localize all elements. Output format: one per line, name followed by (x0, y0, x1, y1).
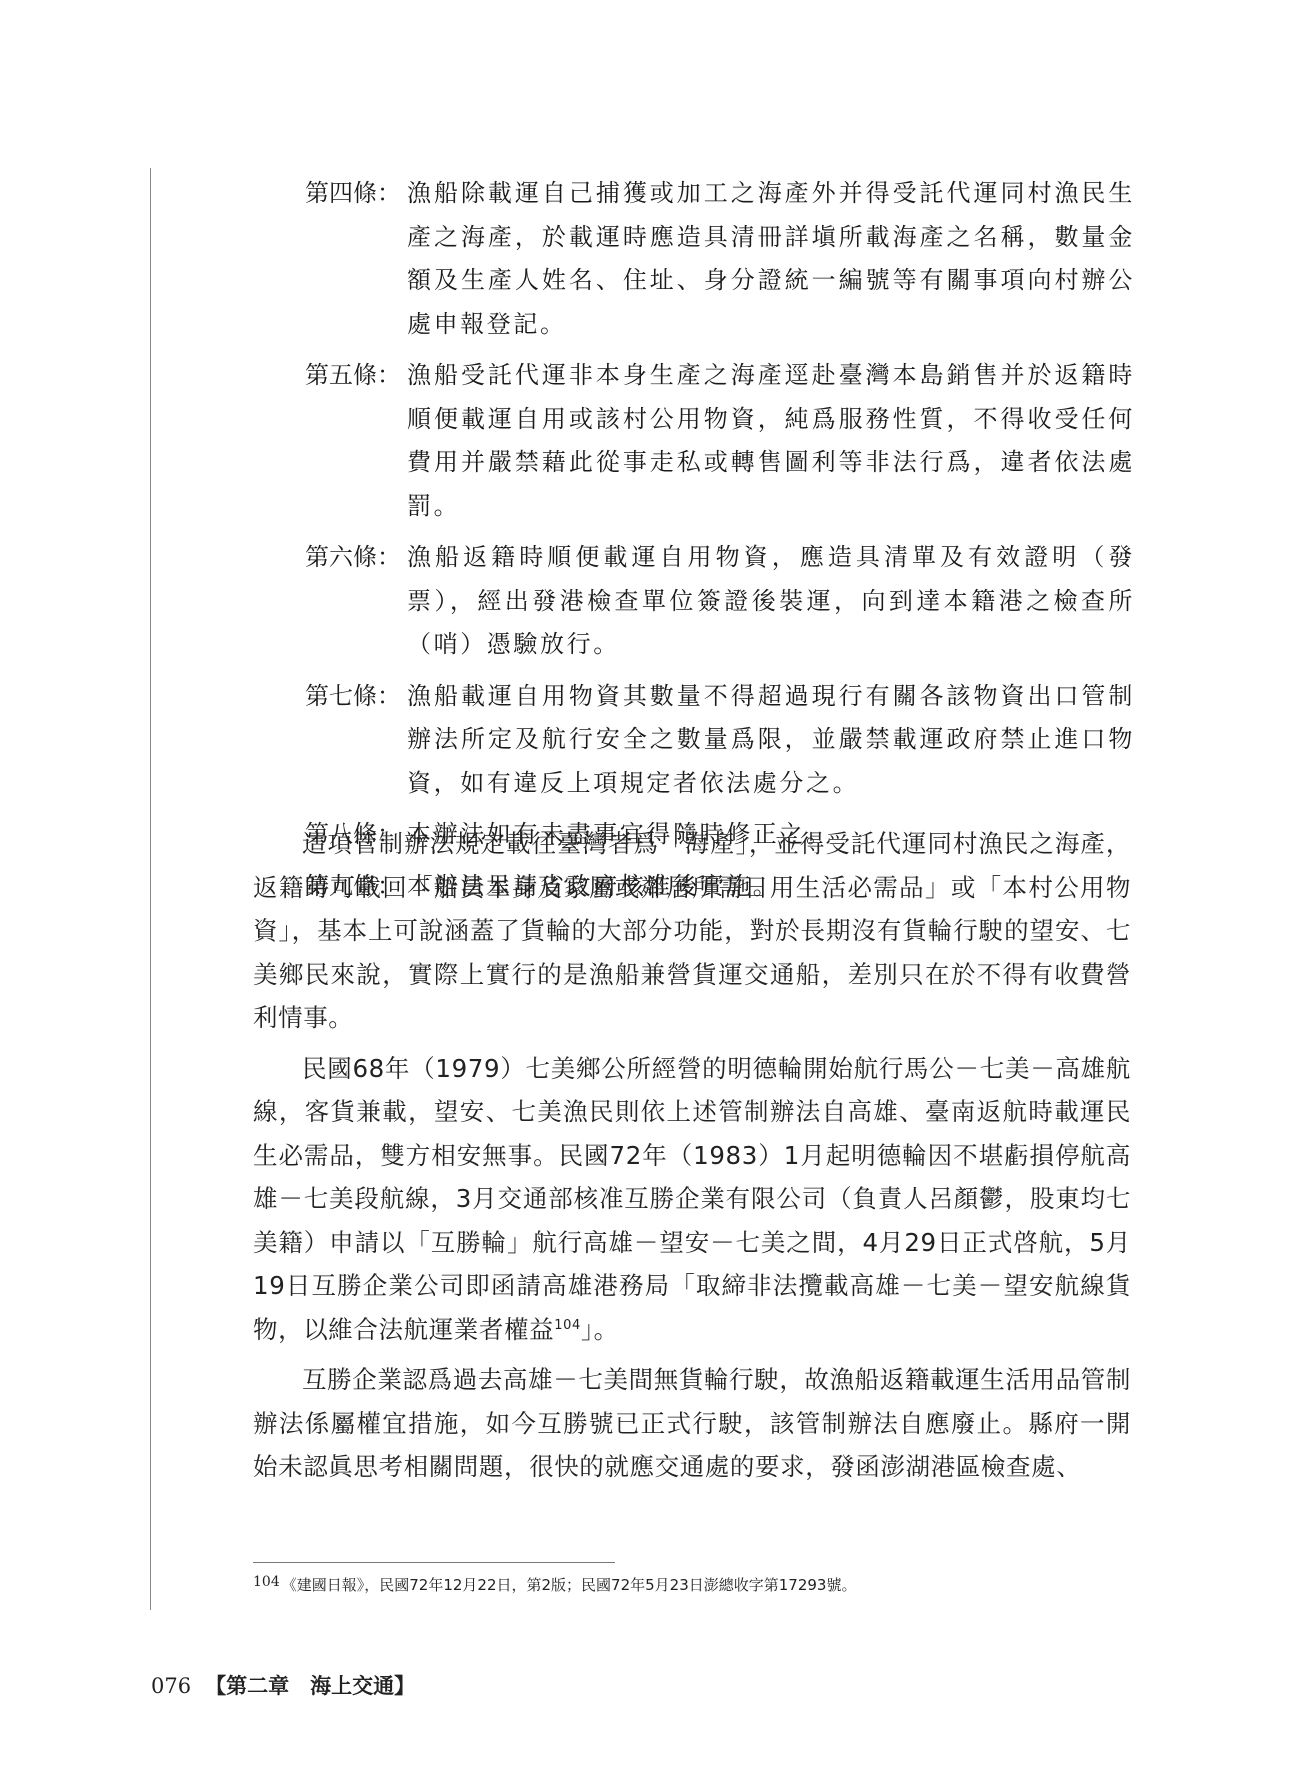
footnote: 104《建國日報》，民國72年12月22日，第2版；民國72年5月23日澎總收字… (253, 1574, 856, 1595)
chapter-title: 【第二章 海上交通】 (205, 1673, 415, 1698)
footnote-separator (253, 1562, 615, 1563)
article-label: 第四條： (305, 172, 407, 346)
article-5: 第五條： 漁船受託代運非本身生產之海產逕赴臺灣本島銷售并於返籍時順便載運自用或該… (305, 354, 1135, 528)
article-label: 第六條： (305, 536, 407, 667)
article-text: 漁船受託代運非本身生產之海產逕赴臺灣本島銷售并於返籍時順便載運自用或該村公用物資… (407, 354, 1135, 528)
article-text: 漁船返籍時順便載運自用物資，應造具清單及有效證明（發票），經出發港檢查單位簽證後… (407, 536, 1135, 667)
article-label: 第五條： (305, 354, 407, 528)
article-text: 漁船除載運自己捕獲或加工之海產外并得受託代運同村漁民生產之海產，於載運時應造具清… (407, 172, 1135, 346)
footnote-number: 104 (253, 1574, 280, 1590)
paragraph: 互勝企業認爲過去高雄－七美間無貨輪行駛，故漁船返籍載運生活用品管制辦法係屬權宜措… (253, 1358, 1131, 1489)
article-label: 第七條： (305, 675, 407, 806)
footnote-reference[interactable]: 104 (554, 1318, 581, 1333)
page-number: 076 (151, 1674, 191, 1698)
paragraph-text: 互勝企業認爲過去高雄－七美間無貨輪行駛，故漁船返籍載運生活用品管制辦法係屬權宜措… (253, 1365, 1131, 1481)
paragraph: 民國68年（1979）七美鄉公所經營的明德輪開始航行馬公－七美－高雄航線，客貨兼… (253, 1047, 1131, 1352)
footnote-text: 《建國日報》，民國72年12月22日，第2版；民國72年5月23日澎總收字第17… (282, 1576, 857, 1594)
paragraph: 這項管制辦法規定載往臺灣者爲「海產」，並得受託代運同村漁民之海產，返籍時可載回「… (253, 822, 1131, 1040)
paragraph-text: 民國68年（1979）七美鄉公所經營的明德輪開始航行馬公－七美－高雄航線，客貨兼… (253, 1054, 1131, 1344)
paragraph-text: 這項管制辦法規定載往臺灣者爲「海產」，並得受託代運同村漁民之海產，返籍時可載回「… (253, 829, 1131, 1032)
body-text: 這項管制辦法規定載往臺灣者爲「海產」，並得受託代運同村漁民之海產，返籍時可載回「… (253, 822, 1131, 1496)
article-text: 漁船載運自用物資其數量不得超過現行有關各該物資出口管制辦法所定及航行安全之數量爲… (407, 675, 1135, 806)
paragraph-text: 」。 (581, 1315, 619, 1344)
article-6: 第六條： 漁船返籍時順便載運自用物資，應造具清單及有效證明（發票），經出發港檢查… (305, 536, 1135, 667)
regulation-articles: 第四條： 漁船除載運自己捕獲或加工之海產外并得受託代運同村漁民生產之海產，於載運… (305, 172, 1135, 916)
article-7: 第七條： 漁船載運自用物資其數量不得超過現行有關各該物資出口管制辦法所定及航行安… (305, 675, 1135, 806)
article-4: 第四條： 漁船除載運自己捕獲或加工之海產外并得受託代運同村漁民生產之海產，於載運… (305, 172, 1135, 346)
page-footer: 076【第二章 海上交通】 (151, 1670, 415, 1700)
margin-rule (150, 168, 151, 1610)
